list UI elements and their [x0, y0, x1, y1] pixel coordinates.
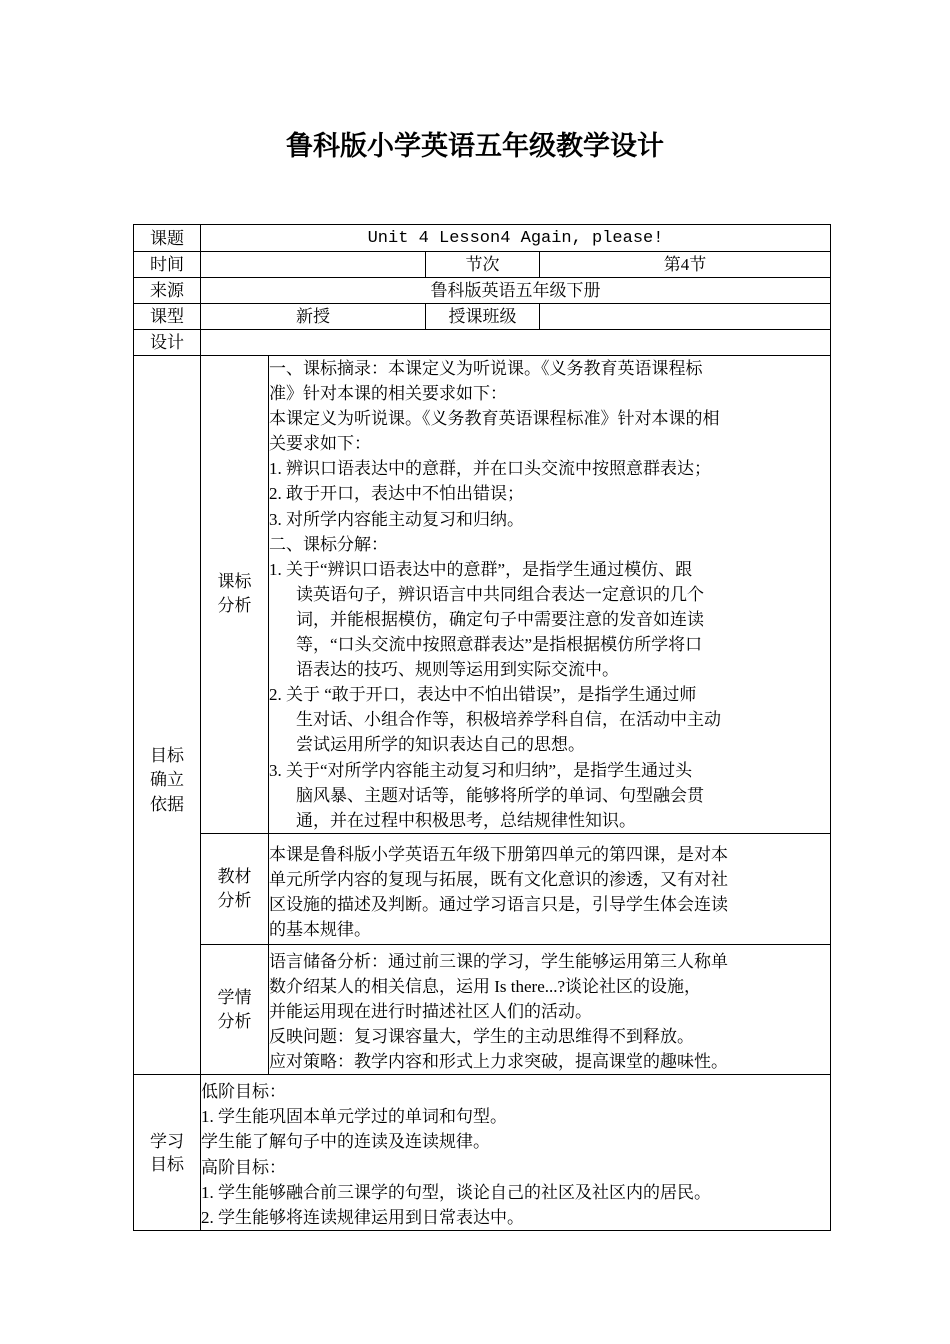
- learning-goals-label: 学习目标: [134, 1075, 201, 1231]
- source-value: 鲁科版英语五年级下册: [201, 278, 831, 304]
- row-learning-goals: 学习目标 低阶目标：1. 学生能巩固本单元学过的单词和句型。学生能了解句子中的连…: [134, 1075, 831, 1231]
- text-line: 读英语句子，辨识语言中共同组合表达一定意识的几个: [296, 582, 830, 607]
- text-line: 本课是鲁科版小学英语五年级下册第四单元的第四课，是对本: [269, 842, 830, 867]
- row-designer: 设计: [134, 330, 831, 356]
- text-line: 单元所学内容的复现与拓展，既有文化意识的渗透，又有对社: [269, 867, 830, 892]
- text-line: 区设施的描述及判断。通过学习语言只是，引导学生体会连读: [269, 892, 830, 917]
- text-line: 高阶目标：: [201, 1155, 830, 1180]
- text-line: 确立: [134, 768, 200, 793]
- time-value: [201, 252, 426, 278]
- time-label: 时间: [134, 252, 201, 278]
- text-line: 低阶目标：: [201, 1079, 830, 1104]
- text-line: 目标: [134, 744, 200, 769]
- learner-analysis-label-lines: 学情分析: [201, 986, 268, 1034]
- spacer: [134, 613, 200, 744]
- page-title: 鲁科版小学英语五年级教学设计: [0, 129, 950, 163]
- text-line: 1. 辨识口语表达中的意群，并在口头交流中按照意群表达；: [269, 456, 830, 481]
- text-line: 1. 关于“辨识口语表达中的意群”，是指学生通过模仿、跟: [269, 557, 830, 582]
- learner-analysis-label: 学情分析: [201, 944, 269, 1074]
- lesson-type-value: 新授: [201, 304, 426, 330]
- text-line: 反映问题：复习课容量大，学生的主动思维得不到释放。: [269, 1024, 830, 1049]
- text-line: 尝试运用所学的知识表达自己的思想。: [296, 732, 830, 757]
- row-lesson-type: 课型 新授 授课班级: [134, 304, 831, 330]
- row-time: 时间 节次 第4节: [134, 252, 831, 278]
- topic-label: 课题: [134, 225, 201, 252]
- material-analysis-label-lines: 教材分析: [201, 865, 268, 913]
- document-page: { "title": "鲁科版小学英语五年级教学设计", "colors": {…: [0, 0, 950, 1344]
- text-line: 脑风暴、主题对话等，能够将所学的单词、句型融会贯: [296, 783, 830, 808]
- text-line: 依据: [134, 793, 200, 818]
- topic-value: Unit 4 Lesson4 Again, please!: [201, 225, 831, 252]
- text-line: 应对策略：教学内容和形式上力求突破，提高课堂的趣味性。: [269, 1049, 830, 1074]
- text-line: 的基本规律。: [269, 917, 830, 942]
- text-line: 数介绍某人的相关信息，运用 Is there...?谈论社区的设施，: [269, 974, 830, 999]
- period-value: 第4节: [540, 252, 831, 278]
- lesson-type-label: 课型: [134, 304, 201, 330]
- row-curriculum-analysis: 目标确立依据 课标分析 一、课标摘录：本课定义为听说课。《义务教育英语课程标准》…: [134, 356, 831, 834]
- text-line: 准》针对本课的相关要求如下：: [269, 381, 830, 406]
- text-line: 2. 关于 “敢于开口，表达中不怕出错误”，是指学生通过师: [269, 682, 830, 707]
- text-line: 分析: [201, 889, 268, 913]
- text-line: 3. 关于“对所学内容能主动复习和归纳”，是指学生通过头: [269, 758, 830, 783]
- row-topic: 课题 Unit 4 Lesson4 Again, please!: [134, 225, 831, 252]
- text-line: 一、课标摘录：本课定义为听说课。《义务教育英语课程标: [269, 356, 830, 381]
- material-analysis-label: 教材分析: [201, 833, 269, 944]
- text-line: 3. 对所学内容能主动复习和归纳。: [269, 507, 830, 532]
- text-line: 2. 学生能够将连读规律运用到日常表达中。: [201, 1205, 830, 1230]
- text-line: 学情: [201, 986, 268, 1010]
- designer-label: 设计: [134, 330, 201, 356]
- class-value: [540, 304, 831, 330]
- text-line: 课标: [201, 570, 268, 594]
- text-line: 学习: [134, 1130, 200, 1153]
- text-line: 目标: [134, 1153, 200, 1176]
- text-line: 生对话、小组合作等，积极培养学科自信，在活动中主动: [296, 707, 830, 732]
- curriculum-analysis-label: 课标分析: [201, 356, 269, 834]
- text-line: 词，并能根据模仿，确定句子中需要注意的发音如连读: [296, 607, 830, 632]
- lesson-plan-table: 课题 Unit 4 Lesson4 Again, please! 时间 节次 第…: [133, 224, 831, 1231]
- learner-analysis-text: 语言储备分析：通过前三课的学习，学生能够运用第三人称单数介绍某人的相关信息，运用…: [269, 944, 831, 1074]
- text-line: 1. 学生能够融合前三课学的句型，谈论自己的社区及社区内的居民。: [201, 1180, 830, 1205]
- source-label: 来源: [134, 278, 201, 304]
- text-line: 并能运用现在进行时描述社区人们的活动。: [269, 999, 830, 1024]
- text-line: 关要求如下：: [269, 431, 830, 456]
- row-material-analysis: 教材分析 本课是鲁科版小学英语五年级下册第四单元的第四课，是对本单元所学内容的复…: [134, 833, 831, 944]
- text-line: 二、课标分解：: [269, 532, 830, 557]
- text-line: 教材: [201, 865, 268, 889]
- text-line: 本课定义为听说课。《义务教育英语课程标准》针对本课的相: [269, 406, 830, 431]
- row-learner-analysis: 学情分析 语言储备分析：通过前三课的学习，学生能够运用第三人称单数介绍某人的相关…: [134, 944, 831, 1074]
- designer-value: [201, 330, 831, 356]
- period-label: 节次: [426, 252, 540, 278]
- text-line: 语言储备分析：通过前三课的学习，学生能够运用第三人称单: [269, 949, 830, 974]
- text-line: 1. 学生能巩固本单元学过的单词和句型。: [201, 1104, 830, 1129]
- curriculum-analysis-label-lines: 课标分析: [201, 570, 268, 618]
- text-line: 语表达的技巧、规则等运用到实际交流中。: [296, 657, 830, 682]
- goal-basis-label: 目标确立依据: [134, 356, 201, 1075]
- learning-goals-label-lines: 学习目标: [134, 1130, 200, 1176]
- text-line: 学生能了解句子中的连读及连读规律。: [201, 1129, 830, 1154]
- text-line: 通，并在过程中积极思考，总结规律性知识。: [296, 808, 830, 833]
- material-analysis-text: 本课是鲁科版小学英语五年级下册第四单元的第四课，是对本单元所学内容的复现与拓展，…: [269, 833, 831, 944]
- row-source: 来源 鲁科版英语五年级下册: [134, 278, 831, 304]
- class-label: 授课班级: [426, 304, 540, 330]
- goal-basis-label-lines: 目标确立依据: [134, 744, 200, 818]
- text-line: 2. 敢于开口，表达中不怕出错误；: [269, 481, 830, 506]
- text-line: 分析: [201, 1010, 268, 1034]
- text-line: 等，“口头交流中按照意群表达”是指根据模仿所学将口: [296, 632, 830, 657]
- text-line: 分析: [201, 594, 268, 618]
- curriculum-analysis-text: 一、课标摘录：本课定义为听说课。《义务教育英语课程标准》针对本课的相关要求如下：…: [269, 356, 831, 834]
- learning-goals-text: 低阶目标：1. 学生能巩固本单元学过的单词和句型。学生能了解句子中的连读及连读规…: [201, 1075, 831, 1231]
